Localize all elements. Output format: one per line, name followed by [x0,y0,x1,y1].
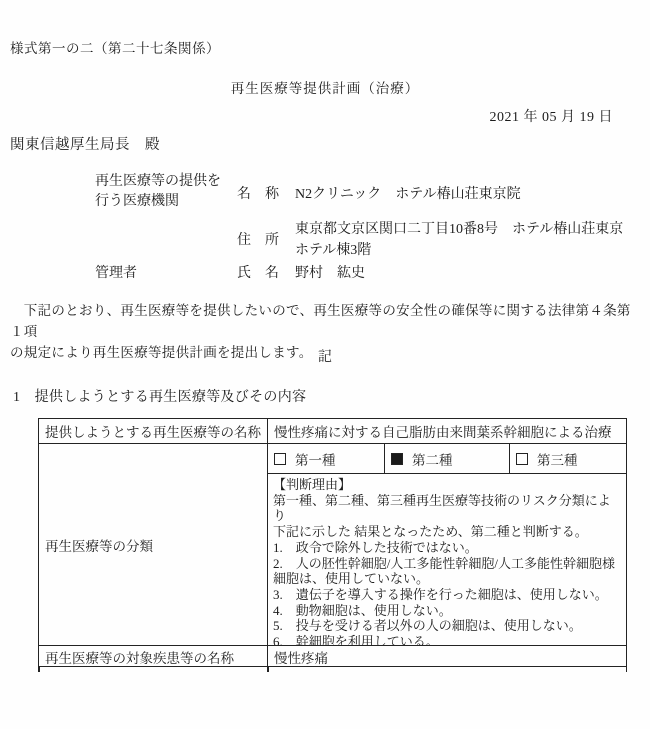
document-page: 様式第一の二（第二十七条関係） 再生医療等提供計画（治療） 2021 年 05 … [0,0,650,729]
manager-label: 管理者 [95,262,137,282]
classification-reason-cell: 【判断理由】 第一種、第二種、第三種再生医療等技術のリスク分類により 下記に示し… [268,474,626,646]
note-mark: 記 [0,346,650,366]
classification-option-class2: 第二種 [385,444,510,474]
class3-label: 第三種 [537,449,578,469]
document-date: 2021 年 05 月 19 日 [490,106,614,126]
classification-label-cell: 再生医療等の分類 [39,444,268,646]
provider-label: 再生医療等の提供を 行う医療機関 [95,172,221,212]
document-title: 再生医療等提供計画（治療） [0,77,650,97]
disease-label-cell: 再生医療等の対象疾患等の名称 [39,646,268,668]
section1-heading: 1 提供しようとする再生医療等及びその内容 [13,386,306,406]
manager-name-label: 氏 名 [237,262,279,282]
class2-label: 第二種 [412,449,453,469]
addressee: 関東信越厚生局長 殿 [10,133,160,154]
institution-address-label: 住 所 [237,229,279,249]
treatment-name-value-cell: 慢性疼痛に対する自己脂肪由来間葉系幹細胞による治療 [268,419,626,444]
classification-option-class1: 第一種 [268,444,385,474]
table-continuation-stub-divider [267,667,269,672]
class2-checkbox-icon [391,453,403,465]
treatment-name-label-cell: 提供しようとする再生医療等の名称 [39,419,268,444]
institution-name-label: 名 称 [237,183,279,203]
class1-label: 第一種 [295,449,336,469]
institution-name-value: N2クリニック ホテル椿山荘東京院 [295,183,521,203]
treatment-table: 提供しようとする再生医療等の名称 慢性疼痛に対する自己脂肪由来間葉系幹細胞による… [38,418,627,667]
form-number: 様式第一の二（第二十七条関係） [10,37,220,57]
classification-option-class3: 第三種 [510,444,626,474]
table-continuation-stub-right [626,667,628,672]
table-continuation-stub-left [38,667,40,672]
manager-name-value: 野村 紘史 [295,262,365,282]
class1-checkbox-icon [274,453,286,465]
class3-checkbox-icon [516,453,528,465]
institution-address-value: 東京都文京区関口二丁目10番8号 ホテル椿山荘東京 ホテル棟3階 [295,219,623,261]
disease-value-cell: 慢性疼痛 [268,646,626,668]
